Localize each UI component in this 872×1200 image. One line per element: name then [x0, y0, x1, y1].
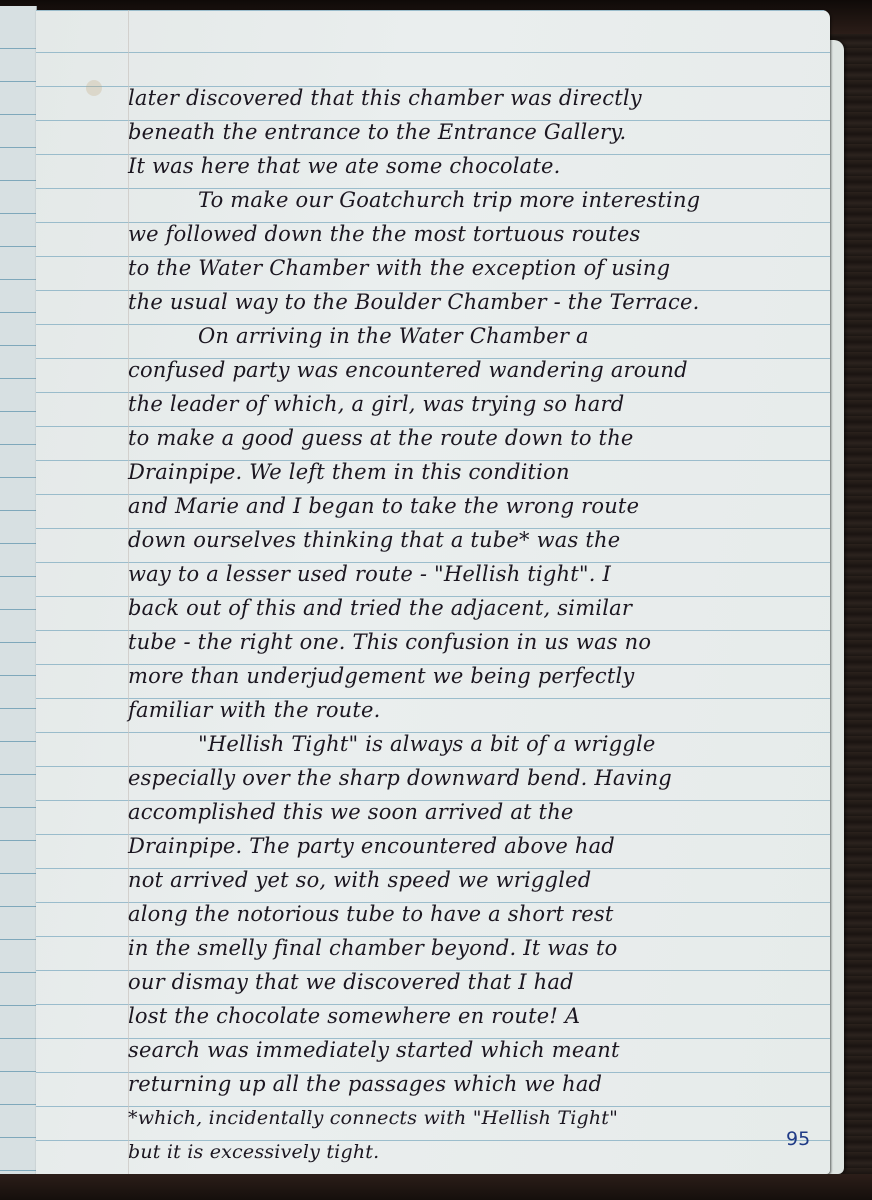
previous-page-edge — [0, 6, 37, 1176]
text-line: way to a lesser used route - "Hellish ti… — [128, 557, 828, 591]
text-line: confused party was encountered wandering… — [128, 353, 828, 387]
text-line: Drainpipe. We left them in this conditio… — [128, 455, 828, 489]
text-line: and Marie and I began to take the wrong … — [128, 489, 828, 523]
text-line: "Hellish Tight" is always a bit of a wri… — [128, 727, 828, 761]
paper-stain — [86, 80, 102, 96]
text-line: beneath the entrance to the Entrance Gal… — [128, 115, 828, 149]
text-line: It was here that we ate some chocolate. — [128, 149, 828, 183]
text-line: the usual way to the Boulder Chamber - t… — [128, 285, 828, 319]
text-line: back out of this and tried the adjacent,… — [128, 591, 828, 625]
text-line: to the Water Chamber with the exception … — [128, 251, 828, 285]
text-line: not arrived yet so, with speed we wriggl… — [128, 863, 828, 897]
text-line: On arriving in the Water Chamber a — [128, 319, 828, 353]
text-line: in the smelly final chamber beyond. It w… — [128, 931, 828, 965]
text-line: search was immediately started which mea… — [128, 1033, 828, 1067]
text-line: we followed down the the most tortuous r… — [128, 217, 828, 251]
footnote-line: but it is excessively tight. — [128, 1135, 828, 1169]
text-line: tube - the right one. This confusion in … — [128, 625, 828, 659]
text-line: accomplished this we soon arrived at the — [128, 795, 828, 829]
footnote-line: *which, incidentally connects with "Hell… — [128, 1101, 828, 1135]
text-line: lost the chocolate somewhere en route! A — [128, 999, 828, 1033]
text-line: To make our Goatchurch trip more interes… — [128, 183, 828, 217]
text-line: familiar with the route. — [128, 693, 828, 727]
text-line: returning up all the passages which we h… — [128, 1067, 828, 1101]
text-line: our dismay that we discovered that I had — [128, 965, 828, 999]
text-line: Drainpipe. The party encountered above h… — [128, 829, 828, 863]
text-line: especially over the sharp downward bend.… — [128, 761, 828, 795]
handwritten-text: later discovered that this chamber was d… — [128, 81, 828, 1169]
notebook-bottom-edge — [0, 1174, 872, 1200]
text-line: more than underjudgement we being perfec… — [128, 659, 828, 693]
notebook-page: later discovered that this chamber was d… — [36, 10, 830, 1174]
text-line: along the notorious tube to have a short… — [128, 897, 828, 931]
text-line: the leader of which, a girl, was trying … — [128, 387, 828, 421]
page-number: 95 — [786, 1128, 810, 1150]
text-line: down ourselves thinking that a tube* was… — [128, 523, 828, 557]
text-line: later discovered that this chamber was d… — [128, 81, 828, 115]
text-line: to make a good guess at the route down t… — [128, 421, 828, 455]
